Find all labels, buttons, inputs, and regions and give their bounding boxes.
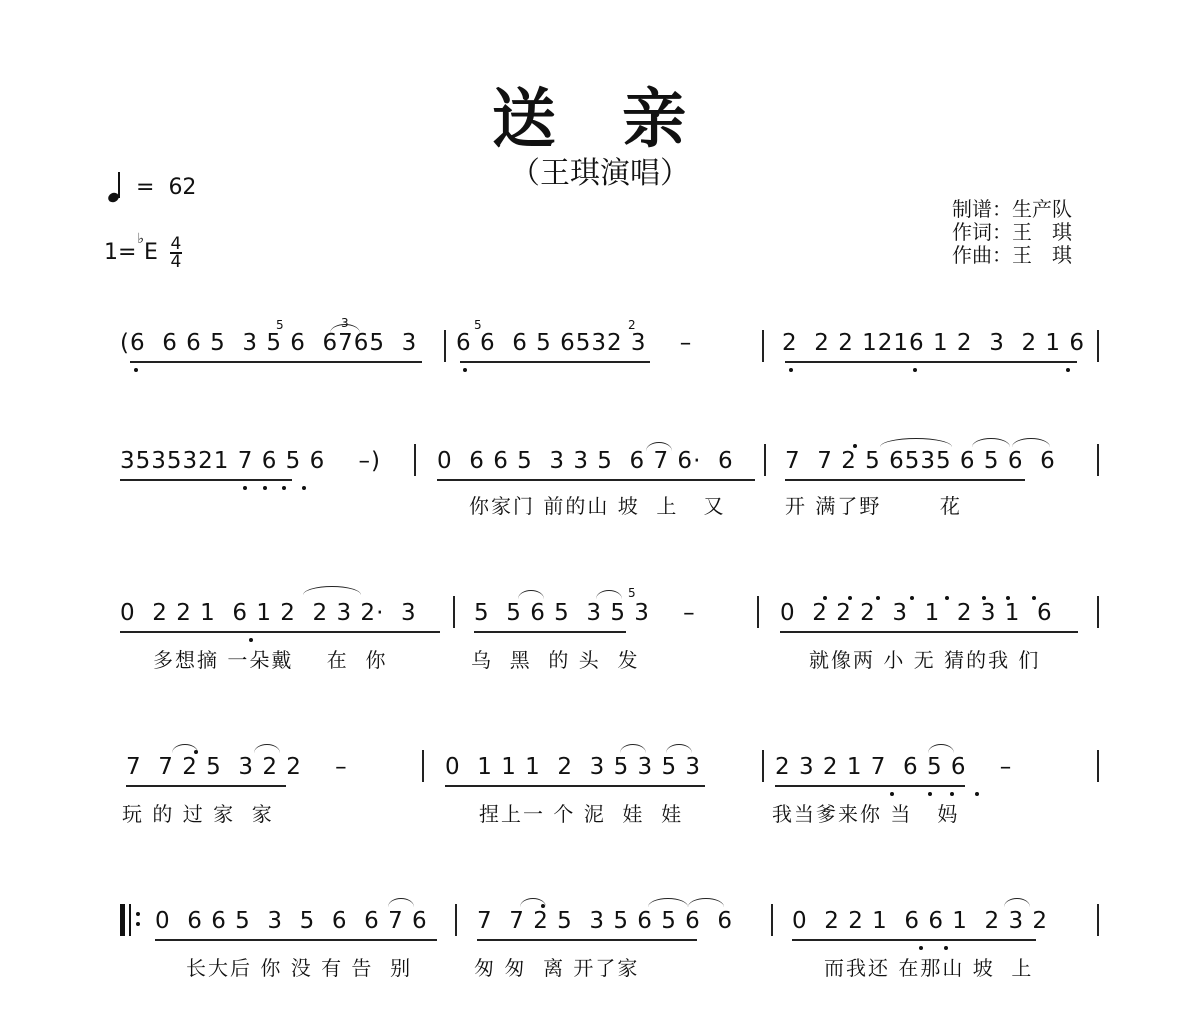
time-signature: 4 4 — [170, 236, 182, 270]
low-dot — [975, 792, 979, 796]
low-dot — [913, 368, 917, 372]
measure-8-notes: 5 5 6 5 3 5 3 – — [474, 600, 696, 626]
lyrics-measure-9: 就像两 小 无 猜的我 们 — [809, 644, 1040, 673]
lyrics-measure-11: 捏上一 个 泥 娃 娃 — [479, 798, 683, 827]
bar-line — [1097, 444, 1099, 476]
low-dot — [950, 792, 954, 796]
underline — [130, 361, 422, 363]
underline — [775, 785, 965, 787]
underline — [120, 631, 440, 633]
bar-line — [453, 596, 455, 628]
high-dot — [853, 444, 857, 448]
low-dot — [919, 946, 923, 950]
underline — [477, 939, 697, 941]
slur-arc — [388, 898, 414, 907]
underline — [437, 479, 755, 481]
measure-2-notes: 6 6 6 5 6532 3 – — [456, 330, 692, 356]
repeat-dot — [136, 912, 140, 916]
slur-arc — [880, 438, 952, 447]
bar-line — [771, 904, 773, 936]
low-dot — [134, 368, 138, 372]
underline — [126, 785, 286, 787]
repeat-start-thin — [129, 904, 131, 936]
slur-arc — [1012, 438, 1050, 447]
slur-arc — [254, 744, 280, 753]
high-dot — [823, 596, 827, 600]
high-dot — [945, 596, 949, 600]
measure-3-notes: 2 2 2 1216 1 2 3 2 1 6 — [782, 330, 1085, 356]
underline — [474, 631, 626, 633]
measure-6-notes: 7 7 2 5 6535 6 5 6 6 — [785, 448, 1056, 474]
low-dot — [263, 486, 267, 490]
arranger-credit: 制谱：生产队 — [952, 198, 1072, 221]
underline — [460, 361, 650, 363]
low-dot — [463, 368, 467, 372]
high-dot — [982, 596, 986, 600]
underline — [785, 479, 1025, 481]
bar-line — [757, 596, 759, 628]
low-dot — [249, 638, 253, 642]
lyrics-measure-15: 而我还 在那山 坡 上 — [824, 952, 1033, 981]
underline — [120, 479, 292, 481]
credits: 制谱：生产队 作词：王 琪 作曲：王 琪 — [952, 198, 1072, 267]
slur-arc — [303, 586, 361, 595]
low-dot — [1066, 368, 1070, 372]
measure-13-notes: 0 6 6 5 3 5 6 6 7 6 — [155, 908, 428, 934]
bar-line — [444, 330, 446, 362]
bar-line — [455, 904, 457, 936]
flat-icon: ♭ — [137, 231, 144, 247]
measure-14-notes: 7 7 2 5 3 5 6 5 6 6 — [477, 908, 733, 934]
high-dot — [876, 596, 880, 600]
slur-arc — [596, 590, 622, 599]
tuplet-arc — [330, 324, 360, 333]
song-title: 送 亲 — [0, 68, 1200, 160]
repeat-start-thick — [120, 904, 125, 936]
low-dot — [282, 486, 286, 490]
key-prefix: 1= — [104, 240, 136, 265]
lyrics-measure-6: 开 满了野 花 — [785, 490, 962, 519]
high-dot — [194, 750, 198, 754]
grace-note: 5 — [628, 586, 636, 600]
slur-arc — [928, 744, 954, 753]
measure-5-notes: 0 6 6 5 3 3 5 6 7 6· 6 — [437, 448, 734, 474]
repeat-dot — [136, 922, 140, 926]
bar-line — [1097, 904, 1099, 936]
key-note: E — [144, 240, 158, 265]
tempo-equals: = — [136, 175, 154, 200]
underline — [792, 939, 1036, 941]
time-bottom: 4 — [171, 254, 182, 270]
measure-12-notes: 2 3 2 1 7 6 5 6 – — [775, 754, 1012, 780]
low-dot — [243, 486, 247, 490]
key-signature: 1= ♭ E 4 4 — [104, 236, 182, 270]
bar-line — [1097, 596, 1099, 628]
slur-arc — [1004, 898, 1030, 907]
measure-11-notes: 0 1 1 1 2 3 5 3 5 3 — [445, 754, 701, 780]
tempo-bpm: 62 — [168, 175, 196, 200]
measure-4-notes: 3535321 7 6 5 6 –) — [120, 448, 381, 474]
quarter-note-icon — [108, 172, 122, 202]
lyrics-measure-8: 乌 黑 的 头 发 — [471, 644, 640, 673]
measure-10-notes: 7 7 2 5 3 2 2 – — [126, 754, 348, 780]
grace-note: 5 — [474, 318, 482, 332]
underline — [155, 939, 437, 941]
underline — [445, 785, 705, 787]
bar-line — [764, 444, 766, 476]
high-dot — [541, 904, 545, 908]
lyrics-measure-10: 玩 的 过 家 家 — [122, 798, 274, 827]
high-dot — [1032, 596, 1036, 600]
measure-9-notes: 0 2 2 2 3 1 2 3 1 6 — [780, 600, 1053, 626]
slur-arc — [620, 744, 646, 753]
time-top: 4 — [171, 236, 182, 252]
lyrics-measure-5: 你家门 前的山 坡 上 又 — [469, 490, 726, 519]
high-dot — [910, 596, 914, 600]
slur-arc — [646, 442, 672, 451]
slur-arc — [518, 590, 544, 599]
measure-1-notes: (6 6 6 5 3 5 6 6765 3 — [120, 330, 417, 356]
bar-line — [1097, 750, 1099, 782]
underline — [785, 361, 1077, 363]
measure-7-notes: 0 2 2 1 6 1 2 2 3 2· 3 — [120, 600, 417, 626]
bar-line — [762, 750, 764, 782]
measure-15-notes: 0 2 2 1 6 6 1 2 3 2 — [792, 908, 1048, 934]
lyrics-measure-7: 多想摘 一朵戴 在 你 — [153, 644, 388, 673]
underline — [780, 631, 1078, 633]
high-dot — [1006, 596, 1010, 600]
lyrics-measure-14: 匆 匆 离 开了家 — [474, 952, 639, 981]
slur-arc — [688, 898, 724, 907]
tempo-marking: = 62 — [108, 172, 196, 202]
low-dot — [928, 792, 932, 796]
lyrics-measure-13: 长大后 你 没 有 告 别 — [186, 952, 412, 981]
lyrics-measure-12: 我当爹来你 当 妈 — [772, 798, 959, 827]
bar-line — [422, 750, 424, 782]
low-dot — [890, 792, 894, 796]
grace-note: 2 — [628, 318, 636, 332]
bar-line — [414, 444, 416, 476]
slur-arc — [972, 438, 1010, 447]
high-dot — [848, 596, 852, 600]
lyricist-credit: 作词：王 琪 — [952, 221, 1072, 244]
bar-line — [762, 330, 764, 362]
low-dot — [944, 946, 948, 950]
slur-arc — [666, 744, 692, 753]
low-dot — [302, 486, 306, 490]
bar-line — [1097, 330, 1099, 362]
composer-credit: 作曲：王 琪 — [952, 244, 1072, 267]
slur-arc — [648, 898, 688, 907]
low-dot — [789, 368, 793, 372]
grace-note: 5 — [276, 318, 284, 332]
